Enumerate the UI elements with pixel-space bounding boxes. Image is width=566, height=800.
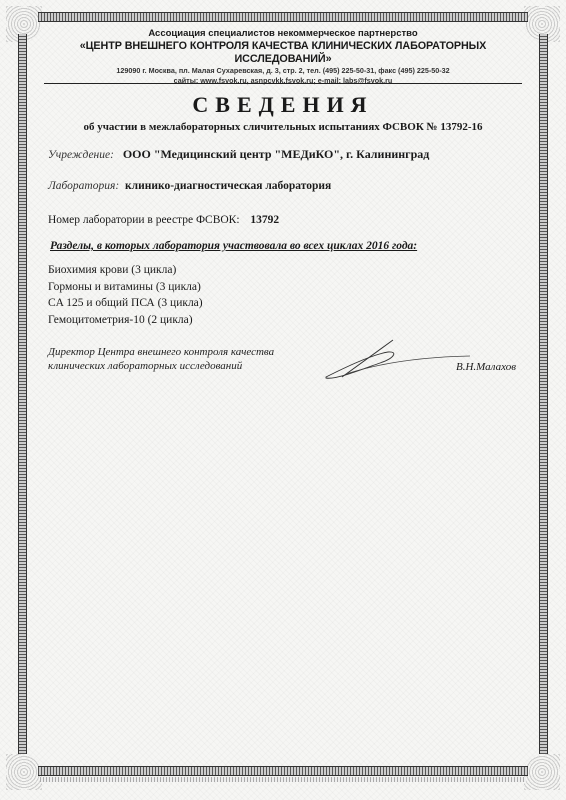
association-name: Ассоциация специалистов некоммерческое п… xyxy=(40,28,526,40)
websites-line: сайты: www.fsvok.ru, asnpcvkk.fsvok.ru; … xyxy=(40,76,526,86)
institution-label: Учреждение: xyxy=(48,149,114,161)
director-title-line1: Директор Центра внешнего контроля качест… xyxy=(48,345,274,359)
frame-border-bottom xyxy=(38,766,528,776)
laboratory-field: Лаборатория: клинико-диагностическая лаб… xyxy=(48,180,331,192)
certificate-page: Ассоциация специалистов некоммерческое п… xyxy=(0,0,566,800)
registry-value: 13792 xyxy=(250,214,279,226)
director-title-line2: клинических лабораторных исследований xyxy=(48,359,274,373)
frame-border-left xyxy=(18,34,27,754)
section-item: Гормоны и витамины (3 цикла) xyxy=(48,279,203,296)
document-subtitle: об участии в межлабораторных сличительны… xyxy=(0,121,566,133)
frame-border-right xyxy=(539,34,548,754)
laboratory-value: клинико-диагностическая лаборатория xyxy=(125,180,331,192)
signer-name: В.Н.Малахов xyxy=(456,361,516,373)
sections-list: Биохимия крови (3 цикла) Гормоны и витам… xyxy=(48,262,203,328)
frame-border-bottom-inner xyxy=(40,777,526,782)
address-line: 129090 г. Москва, пл. Малая Сухаревская,… xyxy=(40,66,526,76)
registry-number-field: Номер лаборатории в реестре ФСВОК: 13792 xyxy=(48,214,279,226)
institution-value: ООО "Медицинский центр "МЕДиКО", г. Кали… xyxy=(123,147,430,161)
letterhead: Ассоциация специалистов некоммерческое п… xyxy=(40,28,526,86)
document-title: СВЕДЕНИЯ xyxy=(0,92,566,118)
section-item: CA 125 и общий ПСА (3 цикла) xyxy=(48,295,203,312)
registry-label: Номер лаборатории в реестре ФСВОК: xyxy=(48,214,240,226)
header-divider xyxy=(44,83,522,84)
director-title: Директор Центра внешнего контроля качест… xyxy=(48,345,274,373)
institution-field: Учреждение: ООО "Медицинский центр "МЕДи… xyxy=(48,147,429,162)
sections-heading: Разделы, в которых лаборатория участвова… xyxy=(50,240,417,252)
center-name: «ЦЕНТР ВНЕШНЕГО КОНТРОЛЯ КАЧЕСТВА КЛИНИЧ… xyxy=(40,40,526,66)
section-item: Гемоцитометрия-10 (2 цикла) xyxy=(48,312,203,329)
laboratory-label: Лаборатория: xyxy=(48,180,119,192)
section-item: Биохимия крови (3 цикла) xyxy=(48,262,203,279)
frame-corner-ornament xyxy=(524,754,560,790)
frame-border-top xyxy=(38,12,528,22)
frame-corner-ornament xyxy=(6,754,42,790)
handwritten-signature xyxy=(320,330,470,390)
